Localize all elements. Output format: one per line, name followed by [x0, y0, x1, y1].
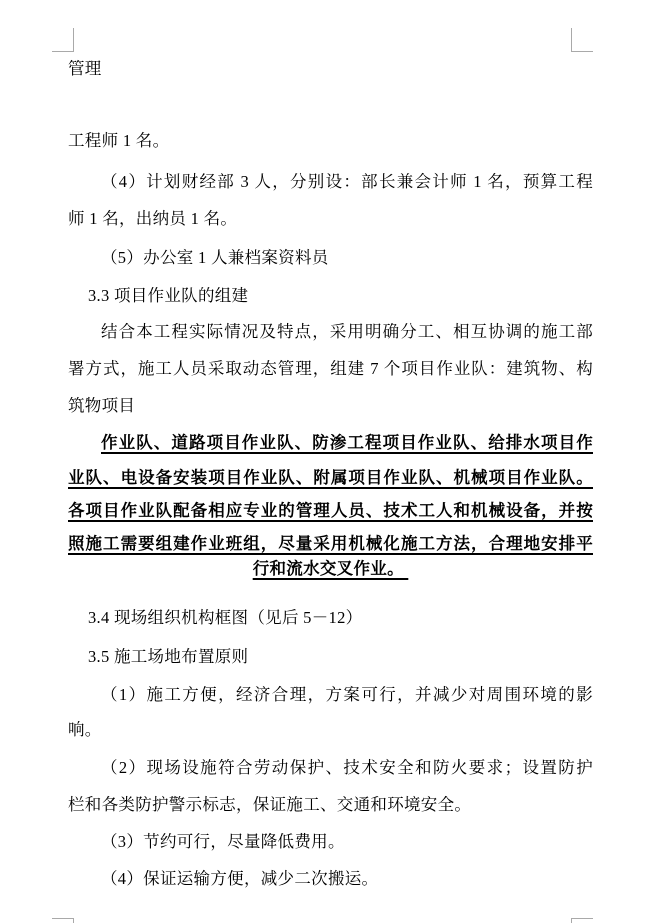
item-1-principle-line1: （1）施工方便，经济合理，方案可行，并减少对周围环境的影: [68, 685, 593, 705]
margin-corner-mark-bottom-left: [52, 918, 74, 923]
bold-team-list-line3: 各项目作业队配备相应专业的管理人员、技术工人和机械设备，并按: [68, 501, 593, 521]
bold-team-list-line2: 业队、电设备安装项目作业队、附属项目作业队、机械项目作业队。: [68, 468, 593, 488]
line-management-carryover: 管理: [68, 59, 593, 79]
para-teams-line3: 筑物项目: [68, 396, 593, 416]
item-4-finance-line1: （4）计划财经部 3 人，分别设：部长兼会计师 1 名，预算工程: [68, 172, 593, 192]
item-5-office: （5）办公室 1 人兼档案资料员: [68, 248, 593, 268]
para-teams-line1: 结合本工程实际情况及特点，采用明确分工、相互协调的施工部: [68, 322, 593, 342]
item-4-principle: （4）保证运输方便，减少二次搬运。: [68, 869, 593, 889]
bold-team-list-line1: 作业队、道路项目作业队、防渗工程项目作业队、给排水项目作: [68, 433, 593, 453]
heading-3-5: 3.5 施工场地布置原则: [68, 647, 593, 667]
margin-corner-mark-top-right: [571, 28, 593, 52]
bold-team-list-line5-centered: 行和流水交叉作业。: [68, 559, 593, 579]
line-engineer-count: 工程师 1 名。: [68, 131, 593, 151]
bold-team-list-line4: 照施工需要组建作业班组，尽量采用机械化施工方法，合理地安排平: [68, 534, 593, 554]
item-1-principle-line2: 响。: [68, 720, 593, 740]
document-page: 管理 工程师 1 名。 （4）计划财经部 3 人，分别设：部长兼会计师 1 名，…: [0, 0, 661, 923]
item-3-principle: （3）节约可行，尽量降低费用。: [68, 832, 593, 852]
item-2-principle-line2: 栏和各类防护警示标志，保证施工、交通和环境安全。: [68, 795, 593, 815]
heading-3-3: 3.3 项目作业队的组建: [68, 286, 593, 306]
margin-corner-mark-top-left: [52, 28, 74, 52]
heading-3-4: 3.4 现场组织机构框图（见后 5－12）: [68, 608, 593, 628]
item-2-principle-line1: （2）现场设施符合劳动保护、技术安全和防火要求；设置防护: [68, 758, 593, 778]
item-4-finance-line2: 师 1 名，出纳员 1 名。: [68, 209, 593, 229]
para-teams-line2: 署方式，施工人员采取动态管理，组建 7 个项目作业队：建筑物、构: [68, 359, 593, 379]
margin-corner-mark-bottom-right: [571, 918, 593, 923]
